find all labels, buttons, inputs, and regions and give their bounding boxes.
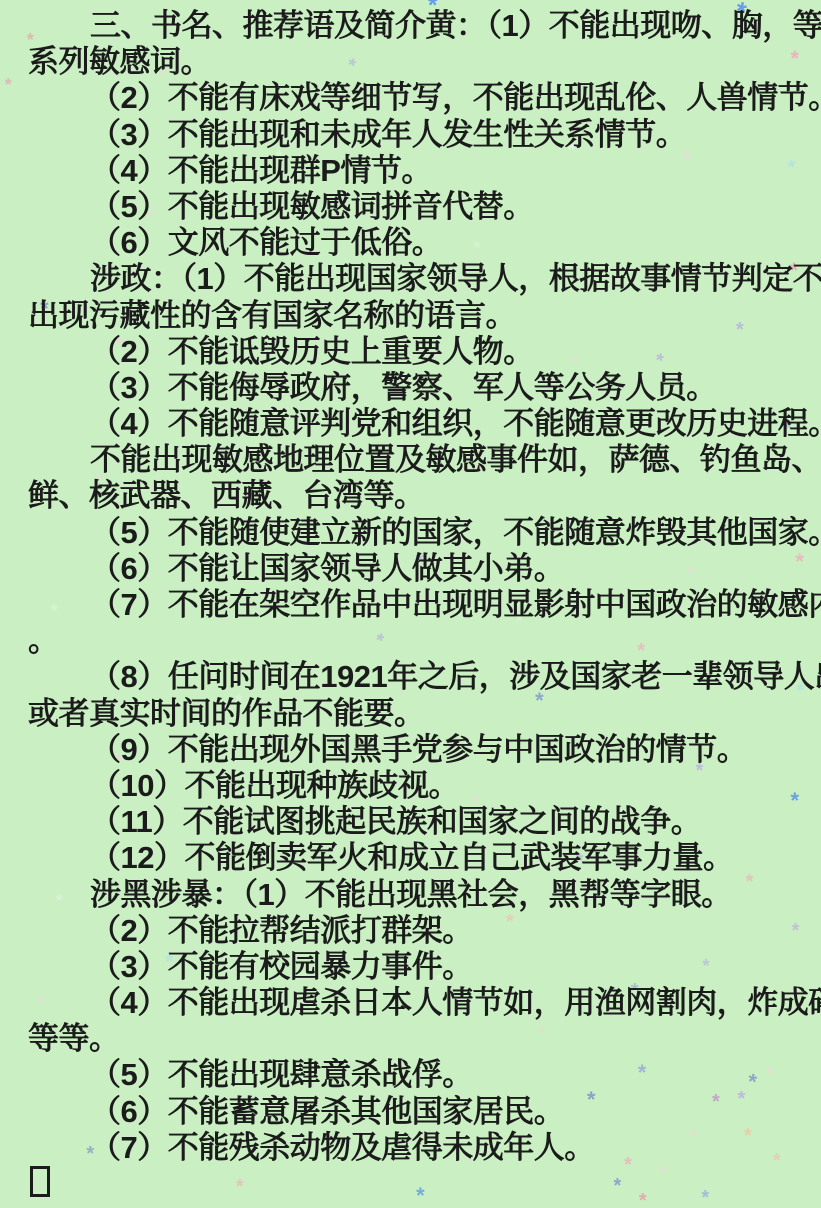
text-line: （2）不能拉帮结派打群架。: [28, 913, 801, 949]
text-line: 涉政：（1）不能出现国家领导人，根据故事情节判定不能: [28, 261, 801, 297]
text-line: （6）不能蓄意屠杀其他国家居民。: [28, 1094, 801, 1130]
text-line: （5）不能随使建立新的国家，不能随意炸毁其他国家。: [28, 515, 801, 551]
text-line: （8）任问时间在1921年之后，涉及国家老一辈领导人出现: [28, 659, 801, 695]
text-line: （10）不能出现种族歧视。: [28, 768, 801, 804]
text-line: 不能出现敏感地理位置及敏感事件如，萨德、钓鱼岛、朝: [28, 442, 801, 478]
text-line: （7）不能在架空作品中出现明显影射中国政治的敏感内容: [28, 587, 801, 623]
text-line: （4）不能随意评判党和组织，不能随意更改历史进程。: [28, 406, 801, 442]
text-line: 等等。: [28, 1021, 801, 1057]
text-line: （4）不能出现虐杀日本人情节如，用渔网割肉，炸成碎片: [28, 985, 801, 1021]
missing-glyph-icon: [30, 1166, 50, 1197]
text-line: （5）不能出现敏感词拼音代替。: [28, 189, 801, 225]
text-line: （3）不能有校园暴力事件。: [28, 949, 801, 985]
text-line: （6）文风不能过于低俗。: [28, 225, 801, 261]
document-page: ****************************************…: [0, 0, 821, 1208]
text-line: （4）不能出现群P情节。: [28, 153, 801, 189]
text-line: （6）不能让国家领导人做其小弟。: [28, 551, 801, 587]
text-line: （2）不能诋毁历史上重要人物。: [28, 334, 801, 370]
text-line: 鲜、核武器、西藏、台湾等。: [28, 478, 801, 514]
text-line: 涉黑涉暴：（1）不能出现黑社会，黑帮等字眼。: [28, 877, 801, 913]
text-line: 出现污藏性的含有国家名称的语言。: [28, 298, 801, 334]
text-line: 或者真实时间的作品不能要。: [28, 696, 801, 732]
text-line: 三、书名、推荐语及简介黄：（1）不能出现吻、胸，等一: [28, 8, 801, 44]
missing-glyph-line: [28, 1166, 801, 1202]
text-line: （3）不能侮辱政府，警察、军人等公务人员。: [28, 370, 801, 406]
text-line: （2）不能有床戏等细节写，不能出现乱伦、人兽情节。: [28, 80, 801, 116]
document-text: 三、书名、推荐语及简介黄：（1）不能出现吻、胸，等一系列敏感词。（2）不能有床戏…: [0, 0, 821, 1202]
text-line: 。: [28, 623, 801, 659]
text-line: （5）不能出现肆意杀战俘。: [28, 1057, 801, 1093]
text-line: （9）不能出现外国黑手党参与中国政治的情节。: [28, 732, 801, 768]
text-line: 系列敏感词。: [28, 44, 801, 80]
text-line: （11）不能试图挑起民族和国家之间的战争。: [28, 804, 801, 840]
text-line: （3）不能出现和未成年人发生性关系情节。: [28, 117, 801, 153]
text-line: （12）不能倒卖军火和成立自己武装军事力量。: [28, 840, 801, 876]
text-line: （7）不能残杀动物及虐得未成年人。: [28, 1130, 801, 1166]
